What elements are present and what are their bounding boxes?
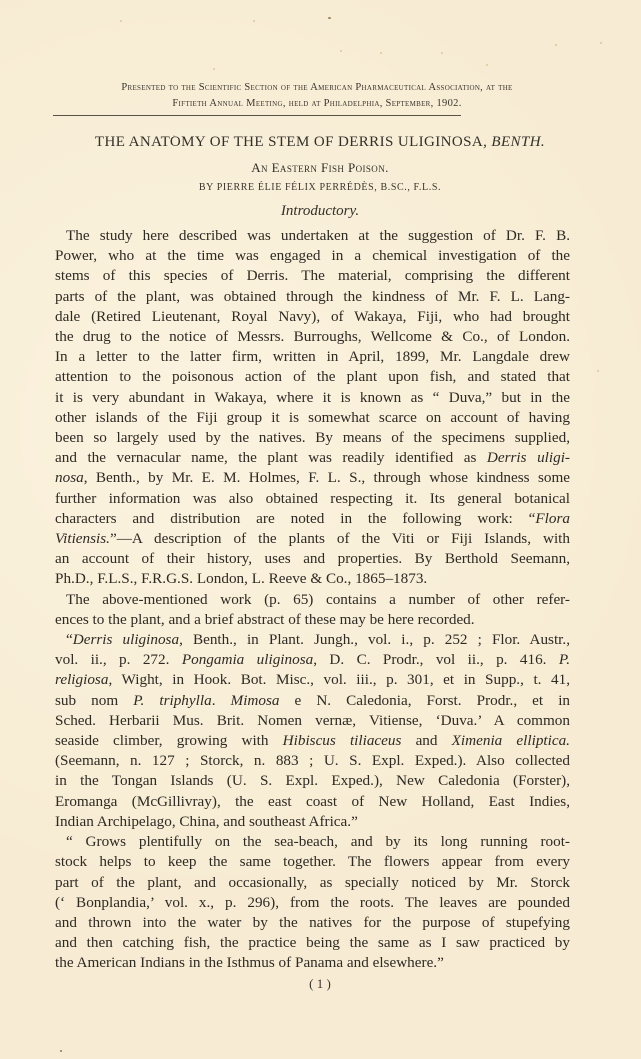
- text-run: , Benth., by Mr. E. M. Holmes, F. L. S.,…: [84, 469, 570, 486]
- text-line: been so largely used by the natives. By …: [55, 428, 570, 448]
- text-run: and thrown into the water by the natives…: [55, 914, 570, 931]
- text-line: other islands of the Fiji group it is so…: [55, 408, 570, 428]
- text-line: an account of their history, uses and pr…: [55, 549, 570, 569]
- text-run: sub nom: [55, 692, 133, 709]
- text-line: the drug to the notice of Messrs. Burrou…: [55, 327, 570, 347]
- text-run: “: [66, 631, 73, 648]
- text-run: an account of their history, uses and pr…: [55, 550, 570, 567]
- text-line: sub nom P. triphylla. Mimosa e N. Caledo…: [55, 691, 570, 711]
- text-run: Power, who at the time was engaged in a …: [55, 247, 570, 264]
- text-line: vol. ii., p. 272. Pongamia uliginosa, D.…: [55, 650, 570, 670]
- italic-term: religiosa: [55, 671, 108, 688]
- text-run: the American Indians in the Isthmus of P…: [55, 954, 444, 971]
- article-body: The study here described was undertaken …: [55, 226, 570, 974]
- text-run: ”—A description of the plants of the Vit…: [110, 530, 570, 547]
- text-run: , D. C. Prodr., vol ii., p. 416.: [313, 651, 559, 668]
- italic-term: P.: [559, 651, 570, 668]
- text-run: seaside climber, growing with: [55, 732, 283, 749]
- italic-term: Mimosa: [231, 692, 280, 709]
- foxing-speck: [213, 68, 215, 70]
- italic-term: Pongamia uliginosa: [182, 651, 313, 668]
- text-line: nosa, Benth., by Mr. E. M. Holmes, F. L.…: [55, 468, 570, 488]
- foxing-speck: [486, 64, 488, 66]
- foxing-speck: [555, 44, 557, 46]
- text-line: religiosa, Wight, in Hook. Bot. Misc., v…: [55, 670, 570, 690]
- text-run: dale (Retired Lieutenant, Royal Navy), o…: [55, 308, 570, 325]
- text-run: and: [401, 732, 451, 749]
- text-line: The study here described was undertaken …: [55, 226, 570, 246]
- article-subtitle: An Eastern Fish Poison.: [60, 160, 580, 176]
- italic-term: Vitiensis.: [55, 530, 110, 547]
- foxing-speck: [380, 52, 382, 54]
- foxing-speck: [60, 1050, 62, 1052]
- paragraph: “Derris uliginosa, Benth., in Plant. Jun…: [55, 630, 570, 832]
- page-number: ( 1 ): [300, 976, 340, 992]
- section-heading: Introductory.: [60, 203, 580, 220]
- text-line: In a letter to the latter firm, written …: [55, 347, 570, 367]
- text-line: The above-mentioned work (p. 65) contain…: [55, 590, 570, 610]
- text-run: , Wight, in Hook. Bot. Misc., vol. iii.,…: [108, 671, 570, 688]
- header-line-2: Fiftieth Annual Meeting, held at Philade…: [52, 96, 582, 112]
- paragraph: “ Grows plentifully on the sea-beach, an…: [55, 832, 570, 973]
- text-run: The above-mentioned work (p. 65) contain…: [66, 591, 570, 608]
- text-run: (‘ Bonplandia,’ vol. x., p. 296), from t…: [55, 894, 570, 911]
- text-line: it is very abundant in Wakaya, where it …: [55, 388, 570, 408]
- text-run: part of the plant, and occasionally, as …: [55, 874, 570, 891]
- text-line: ences to the plant, and a brief abstract…: [55, 610, 570, 630]
- text-line: and thrown into the water by the natives…: [55, 913, 570, 933]
- text-line: further information was also obtained re…: [55, 489, 570, 509]
- italic-term: P. triphylla: [133, 692, 211, 709]
- text-run: in the Tongan Islands (U. S. Expl. Exped…: [55, 772, 570, 789]
- text-line: (Seemann, n. 127 ; Storck, n. 883 ; U. S…: [55, 751, 570, 771]
- text-run: The study here described was undertaken …: [66, 227, 570, 244]
- text-line: parts of the plant, was obtained through…: [55, 287, 570, 307]
- text-line: dale (Retired Lieutenant, Royal Navy), o…: [55, 307, 570, 327]
- text-line: (‘ Bonplandia,’ vol. x., p. 296), from t…: [55, 893, 570, 913]
- text-run: the drug to the notice of Messrs. Burrou…: [55, 328, 570, 345]
- text-line: stock helps to keep the same together. T…: [55, 852, 570, 872]
- paragraph: The above-mentioned work (p. 65) contain…: [55, 590, 570, 630]
- foxing-speck: [328, 17, 331, 19]
- text-line: the American Indians in the Isthmus of P…: [55, 953, 570, 973]
- text-run: and the vernacular name, the plant was r…: [55, 449, 487, 466]
- text-line: Indian Archipelago, China, and southeast…: [55, 812, 570, 832]
- text-line: attention to the poisonous action of the…: [55, 367, 570, 387]
- foxing-speck: [120, 20, 122, 22]
- text-run: other islands of the Fiji group it is so…: [55, 409, 570, 426]
- text-run: characters and distribution are noted in…: [55, 510, 535, 527]
- text-run: attention to the poisonous action of the…: [55, 368, 570, 385]
- italic-term: Hibiscus tiliaceus: [283, 732, 402, 749]
- text-run: , Benth., in Plant. Jungh., vol. i., p. …: [179, 631, 570, 648]
- header-rule: [53, 115, 461, 116]
- italic-term: Derris uliginosa: [73, 631, 179, 648]
- text-run: ences to the plant, and a brief abstract…: [55, 611, 475, 628]
- foxing-speck: [600, 42, 602, 44]
- foxing-speck: [597, 370, 599, 372]
- document-page: Presented to the Scientific Section of t…: [0, 0, 641, 1059]
- foxing-speck: [340, 50, 342, 52]
- italic-term: nosa: [55, 469, 84, 486]
- header-line-1: Presented to the Scientific Section of t…: [52, 80, 582, 96]
- title-main: THE ANATOMY OF THE STEM OF DERRIS ULIGIN…: [95, 134, 487, 150]
- text-line: in the Tongan Islands (U. S. Expl. Exped…: [55, 771, 570, 791]
- text-line: part of the plant, and occasionally, as …: [55, 873, 570, 893]
- text-run: .: [212, 692, 231, 709]
- text-run: further information was also obtained re…: [55, 490, 570, 507]
- text-run: stems of this species of Derris. The mat…: [55, 267, 570, 284]
- text-line: seaside climber, growing with Hibiscus t…: [55, 731, 570, 751]
- text-line: Ph.D., F.L.S., F.R.G.S. London, L. Reeve…: [55, 569, 570, 589]
- text-run: Sched. Herbarii Mus. Brit. Nomen vernæ, …: [55, 712, 570, 729]
- text-run: Ph.D., F.L.S., F.R.G.S. London, L. Reeve…: [55, 570, 427, 587]
- text-line: Vitiensis.”—A description of the plants …: [55, 529, 570, 549]
- paragraph: The study here described was undertaken …: [55, 226, 570, 590]
- text-line: “Derris uliginosa, Benth., in Plant. Jun…: [55, 630, 570, 650]
- text-line: and then catching fish, the practice bei…: [55, 933, 570, 953]
- title-authority: BENTH.: [491, 134, 545, 150]
- text-run: parts of the plant, was obtained through…: [55, 288, 570, 305]
- italic-term: Ximenia elliptica.: [452, 732, 570, 749]
- foxing-speck: [441, 52, 443, 54]
- text-run: Indian Archipelago, China, and southeast…: [55, 813, 358, 830]
- text-run: stock helps to keep the same together. T…: [55, 853, 570, 870]
- text-run: In a letter to the latter firm, written …: [55, 348, 570, 365]
- italic-term: Derris uligi-: [487, 449, 570, 466]
- text-run: and then catching fish, the practice bei…: [55, 934, 570, 951]
- article-title: THE ANATOMY OF THE STEM OF DERRIS ULIGIN…: [60, 134, 580, 151]
- text-run: Eromanga (McGillivray), the east coast o…: [55, 793, 570, 810]
- text-line: stems of this species of Derris. The mat…: [55, 266, 570, 286]
- italic-term: Flora: [535, 510, 570, 527]
- text-run: it is very abundant in Wakaya, where it …: [55, 389, 570, 406]
- text-line: Eromanga (McGillivray), the east coast o…: [55, 792, 570, 812]
- text-run: (Seemann, n. 127 ; Storck, n. 883 ; U. S…: [55, 752, 570, 769]
- text-run: been so largely used by the natives. By …: [55, 429, 570, 446]
- text-run: “ Grows plentifully on the sea-beach, an…: [66, 833, 570, 850]
- text-run: e N. Caledonia, Forst. Prodr., et in: [279, 692, 570, 709]
- text-line: Sched. Herbarii Mus. Brit. Nomen vernæ, …: [55, 711, 570, 731]
- text-line: “ Grows plentifully on the sea-beach, an…: [55, 832, 570, 852]
- foxing-speck: [253, 20, 255, 22]
- text-line: Power, who at the time was engaged in a …: [55, 246, 570, 266]
- text-line: characters and distribution are noted in…: [55, 509, 570, 529]
- text-run: vol. ii., p. 272.: [55, 651, 182, 668]
- text-line: and the vernacular name, the plant was r…: [55, 448, 570, 468]
- presentation-header: Presented to the Scientific Section of t…: [52, 80, 582, 112]
- author-byline: BY PIERRE ÉLIE FÉLIX PERRÉDÈS, B.SC., F.…: [60, 182, 580, 193]
